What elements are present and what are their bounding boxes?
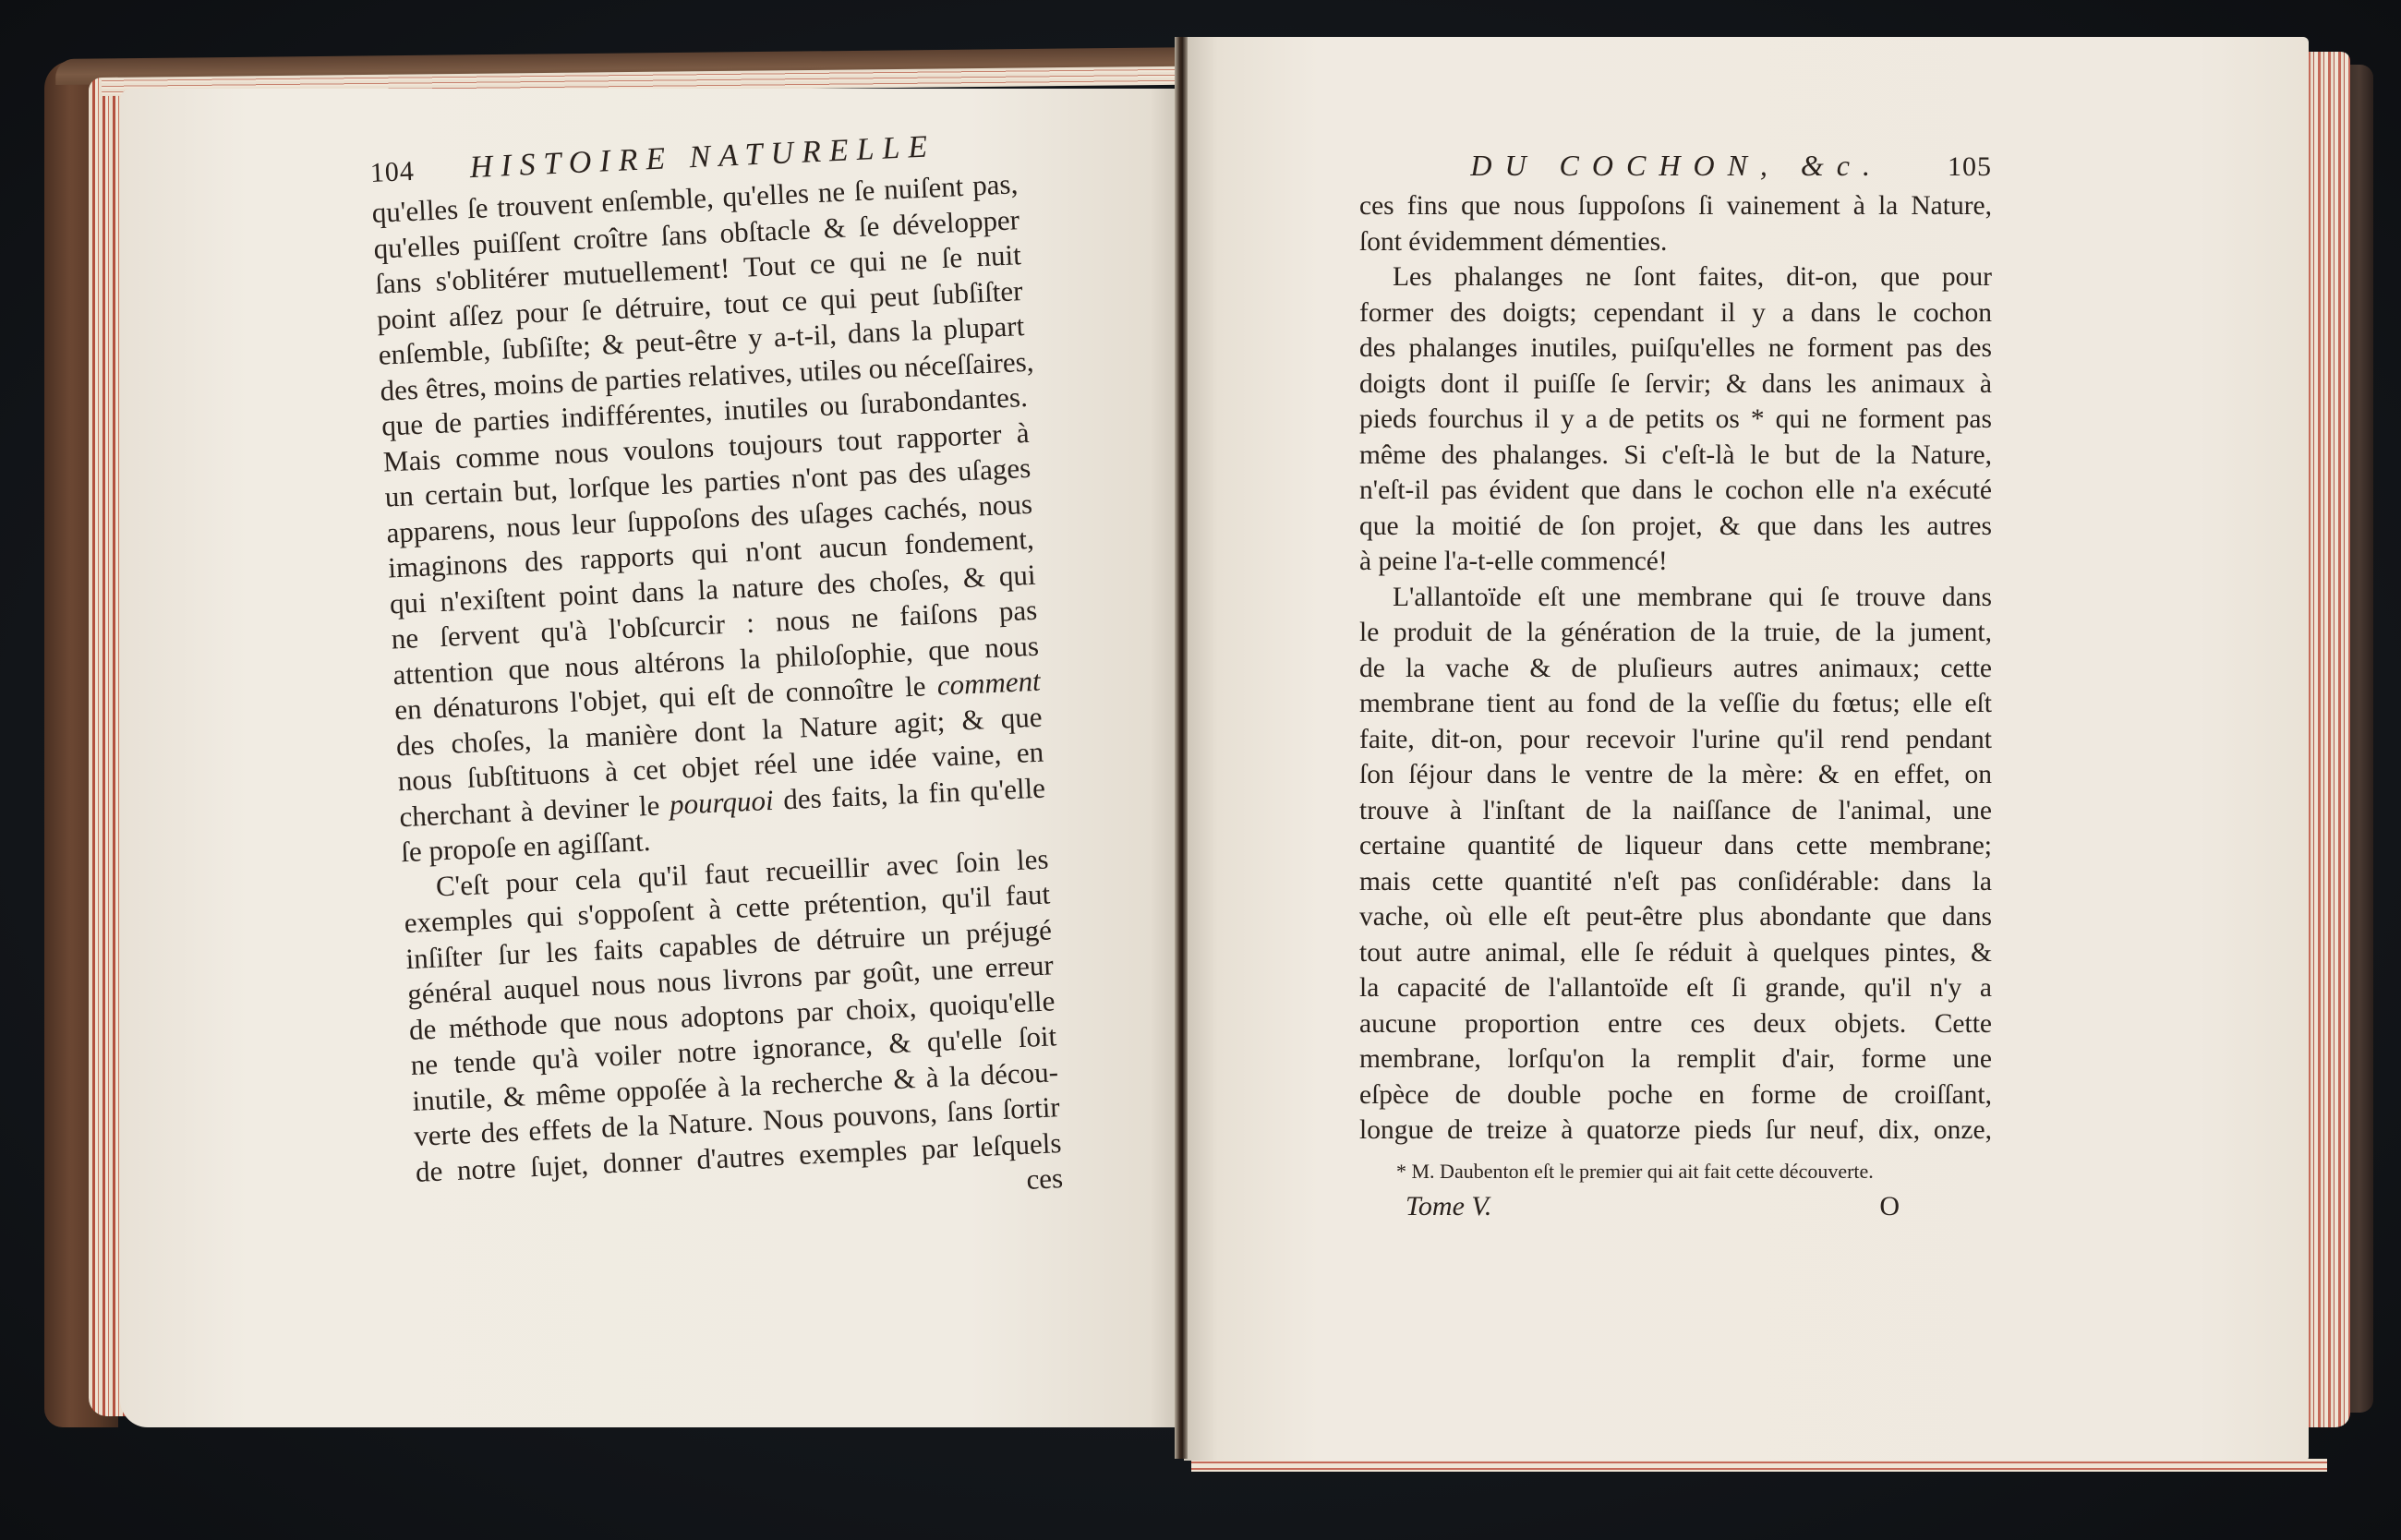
- text-line: tout autre animal, elle ſe réduit à quel…: [1359, 935, 1992, 971]
- text-line: membrane, lorſqu'on la remplit d'air, fo…: [1359, 1041, 1992, 1077]
- book-gutter: [1175, 37, 1188, 1459]
- page-edges-right-bottom: [1191, 1459, 2327, 1472]
- text-line: la capacité de l'allantoïde eſt ſi grand…: [1359, 970, 1992, 1006]
- running-head-title-right: DU COCHON, &c.: [1470, 148, 1883, 184]
- text-line: n'eſt-il pas évident que dans le cochon …: [1359, 473, 1992, 509]
- text-line: de la vache & de pluſieurs autres animau…: [1359, 651, 1992, 687]
- text-line: longue de treize à quatorze pieds ſur ne…: [1359, 1113, 1992, 1149]
- text-line: Les phalanges ne ſont faites, dit-on, qu…: [1359, 259, 1992, 295]
- text-line: eſpèce de double poche en forme de croiſ…: [1359, 1077, 1992, 1113]
- text-line: certaine quantité de liqueur dans cette …: [1359, 828, 1992, 864]
- text-line: le produit de la génération de la truie,…: [1359, 615, 1992, 651]
- text-line: ſont évidemment démenties.: [1359, 224, 1992, 260]
- text-line: à peine l'a-t-elle commencé!: [1359, 544, 1992, 580]
- text-line: faite, dit-on, pour recevoir l'urine qu'…: [1359, 722, 1992, 758]
- text-line: même des phalanges. Si c'eſt-là le but d…: [1359, 438, 1992, 474]
- text-line: former des doigts; cependant il y a dans…: [1359, 295, 1992, 331]
- text-line: L'allantoïde eſt une membrane qui ſe tro…: [1359, 580, 1992, 616]
- text-line: des phalanges inutiles, puiſqu'elles ne …: [1359, 331, 1992, 367]
- left-page-text: 104 HISTOIRE NATURELLE qu'elles ſe trouv…: [369, 126, 1064, 1225]
- text-line: membrane tient au fond de la veſſie du f…: [1359, 686, 1992, 722]
- running-head-right: DU COCHON, &c. 105: [1359, 148, 1992, 185]
- footnote: * M. Daubenton eſt le premier qui ait fa…: [1359, 1158, 1992, 1185]
- italic-word-pourquoi: pourquoi: [669, 783, 774, 820]
- signature-mark: O: [1879, 1189, 1900, 1225]
- text-line: ſon ſéjour dans le ventre de la mère: & …: [1359, 757, 1992, 793]
- text-line: doigts dont il puiſſe ſe ſervir; & dans …: [1359, 367, 1992, 403]
- text-line: mais cette quantité n'eſt pas conſidérab…: [1359, 864, 1992, 900]
- page-edges-right: [2304, 52, 2350, 1427]
- volume-label: Tome V.: [1406, 1189, 1491, 1225]
- text-line: pieds fourchus il y a de petits os * qui…: [1359, 402, 1992, 438]
- signature-line: Tome V. O: [1359, 1189, 1992, 1225]
- text-line: trouve à l'inſtant de la naiſſance de l'…: [1359, 793, 1992, 829]
- page-number-left: 104: [369, 154, 416, 192]
- text-line: aucune proportion entre ces deux objets.…: [1359, 1006, 1992, 1042]
- text-line: vache, où elle eſt peut-être plus abonda…: [1359, 899, 1992, 935]
- page-number-right: 105: [1948, 150, 1992, 186]
- right-page-text: DU COCHON, &c. 105 ces fins que nous ſup…: [1359, 148, 1992, 1224]
- italic-word-comment: comment: [936, 665, 1041, 702]
- text-line: que la moitié de ſon projet, & que dans …: [1359, 509, 1992, 545]
- text-line: ces fins que nous ſuppoſons ſi vainement…: [1359, 188, 1992, 224]
